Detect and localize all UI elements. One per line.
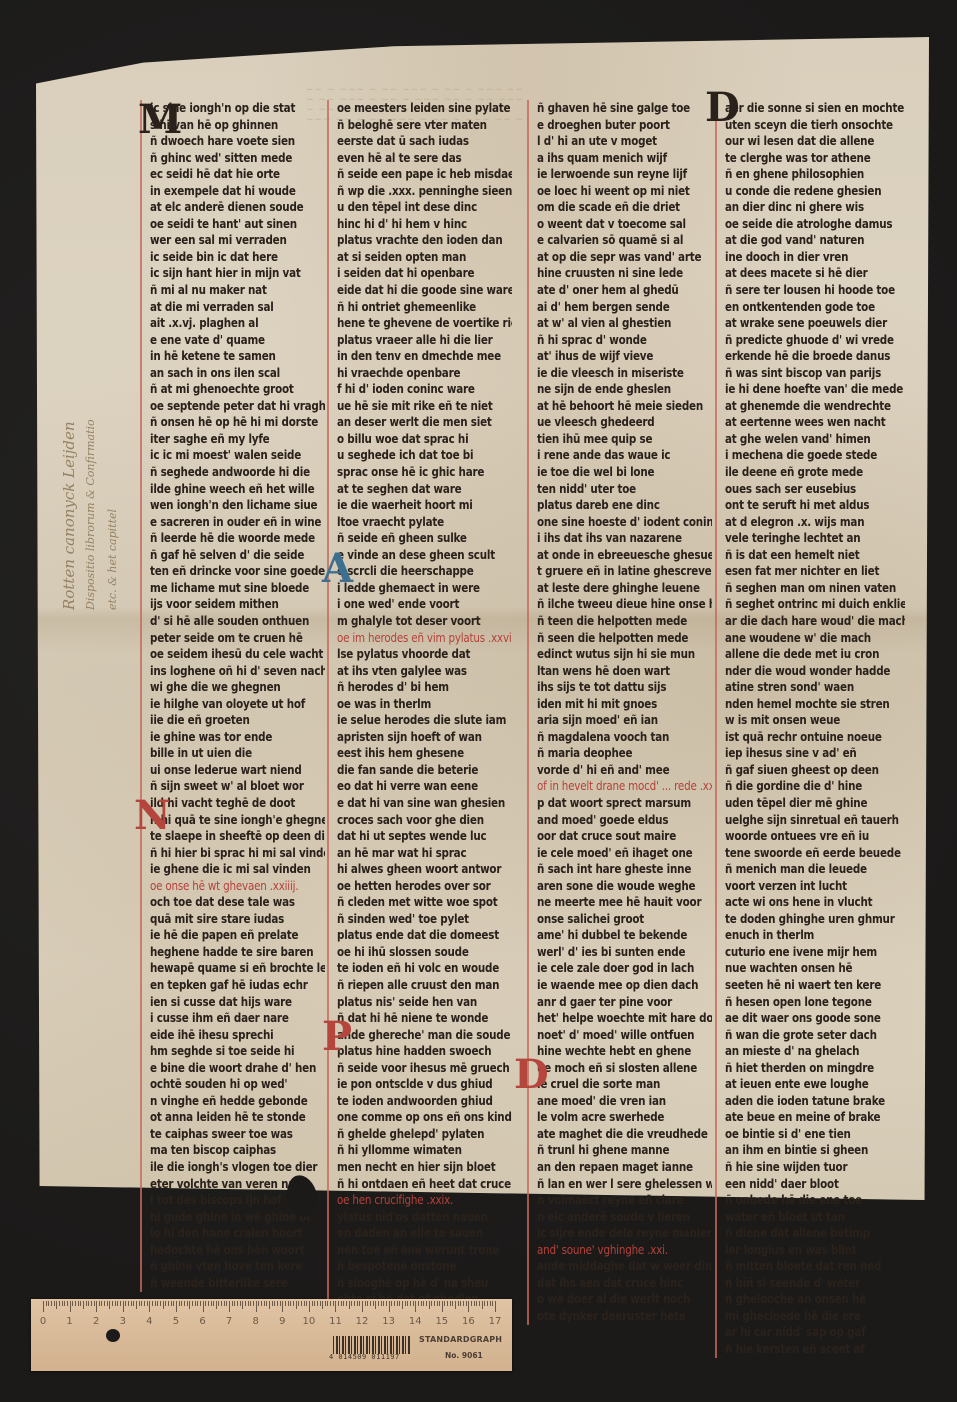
line-text: oe meesters leiden sine pylate [337, 101, 510, 116]
line-text: ñ maria deophee [537, 746, 632, 761]
line-text: iie die eñ groeten [150, 713, 250, 728]
ruler-tick [317, 1301, 318, 1306]
line-text: ie cruel die sorte man [537, 1077, 660, 1092]
text-line: Iijs voor seidem mithen [150, 596, 325, 613]
line-text: te caiphas sweer toe was [150, 1127, 293, 1142]
line-text: seeten hē ni waert ten kere [725, 978, 881, 993]
line-text: ñ seghede andwoorde hi die [150, 465, 310, 480]
ruler-tick [187, 1301, 188, 1306]
line-text: eide dat hi die goode sine ware [337, 283, 512, 298]
line-text: f hi d' ioden coninc ware [337, 382, 475, 397]
line-text: ñ bespotene onstone [337, 1259, 456, 1274]
ruler-label: 12 [356, 1316, 369, 1327]
barcode-number: 4 014509 011197 [329, 1353, 400, 1361]
text-line: Ññ ghine vten hove ten kere [150, 1258, 325, 1275]
text-line: Ññ sere ter lousen hi hoode toe [725, 282, 905, 299]
line-text: ñ cleden met witte woe spot [337, 895, 498, 910]
text-line: Aat w' al vien al ghestien [537, 315, 712, 332]
ruler-tick [314, 1301, 315, 1306]
text-line: Ññ dat hi hē niene te wonde [337, 1010, 512, 1027]
ruler-tick [389, 1301, 390, 1312]
text-line: Ee bine die woort drahe d' hen [150, 1059, 325, 1076]
ruler-tick [471, 1301, 472, 1306]
ruler-tick [460, 1301, 461, 1306]
line-text: te ioden andwoorden ghiud [337, 1093, 493, 1108]
text-line: Oote dynker deeruster hete [537, 1308, 712, 1325]
text-line: Uuden tēpel dier mē ghine [725, 795, 905, 812]
line-text: ñ hie sine wijden tuor [725, 1160, 847, 1175]
text-line: Een daden an elle te sauen [337, 1225, 512, 1242]
ruler-tick [131, 1301, 132, 1306]
ruler-tick [46, 1301, 47, 1306]
text-line: Ff hi d' ioden coninc ware [337, 381, 512, 398]
text-line: Iie selue herodes die slute iam [337, 712, 512, 729]
text-line: Ññ diene dat allene betimp [725, 1225, 905, 1242]
ruler-tick [484, 1301, 485, 1306]
ruler-tick [43, 1301, 44, 1312]
text-line: Iie lerwoende sun reyne lijf [537, 166, 712, 183]
line-text: ñ sere ter lousen hi hoode toe [725, 283, 895, 298]
line-text: ie die waerheit hoort mi [337, 498, 473, 513]
text-line: Iin hē ketene te samen [150, 348, 325, 365]
text-line: Aat die god vand' naturen [725, 232, 905, 249]
line-text: at ghe welen vand' himen [725, 432, 871, 447]
line-text: at d elegron .x. wijs man [725, 514, 864, 529]
line-text: eide ihē ihesu sprechi [150, 1027, 274, 1042]
line-text: platus vraeer alle hi die lier [337, 332, 493, 347]
line-text: i one wed' ende voort [337, 597, 459, 612]
text-line: Yylatus nid'os datten nauen [337, 1208, 512, 1225]
line-text: i ihs dat ihs van nazarene [537, 531, 682, 546]
ruler-tick [306, 1301, 307, 1306]
text-line: Ooe loec hi weent op mi niet [537, 182, 712, 199]
ruler-tick [288, 1301, 289, 1306]
text-line: Ññ hiet therden on mingdre [725, 1059, 905, 1076]
ruler-label: 7 [226, 1316, 232, 1327]
text-line: Pplatus dareb ene dinc [537, 497, 712, 514]
ruler-tick [349, 1301, 350, 1309]
line-text: ñ ghelooche an onsen hē [725, 1292, 866, 1307]
ruler-tick [429, 1301, 430, 1309]
ruler-tick [237, 1301, 238, 1306]
line-text: iden mit hi mit gnoes [537, 696, 657, 711]
text-line: Aar die dach hare woud' die mach [725, 613, 905, 630]
ruler-tick [421, 1301, 422, 1306]
ruler-tick [490, 1301, 491, 1306]
line-text: acte wi ons hene in vlucht [725, 895, 872, 910]
text-line: Ooe meesters leiden sine pylate [337, 100, 512, 117]
line-text: at dees macete si hē dier [725, 266, 868, 281]
ruler-tick [272, 1301, 273, 1306]
text-line: Ooues sach ser eusebius [725, 480, 905, 497]
ruler-tick [386, 1301, 387, 1306]
line-text: croces sach voor ghe dien [337, 812, 484, 827]
ruler-tick [112, 1301, 113, 1306]
line-text: ñ hi ontdaen eñ heet dat cruce hoet [337, 1176, 512, 1191]
line-text: ie ghine was tor ende [150, 729, 272, 744]
ruler-tick [48, 1301, 49, 1306]
ruler-tick [213, 1301, 214, 1306]
text-line: Iie cele zale doer god in lach [537, 960, 712, 977]
text-line: Ññ trunl hi ghene manne [537, 1142, 712, 1159]
text-line: Ññ hi hier bi sprac hi mi sal vinden [150, 844, 325, 861]
text-line: Aae dit waer ons goode sone [725, 1010, 905, 1027]
line-text: aria sijn moed' eñ ian [537, 713, 658, 728]
line-text: an dier dinc ni ghere wis [725, 200, 864, 215]
line-text: i rene ande das waue ic [537, 448, 670, 463]
text-line: Aait .x.vj. plaghen al [150, 315, 325, 332]
text-line: Iiden mit hi mit gnoes [537, 695, 712, 712]
ruler-tick [309, 1301, 310, 1312]
line-text: ñ elc anderē soude v lieren [537, 1209, 690, 1224]
line-text: dat hi ut septes wende luc [337, 829, 486, 844]
ruler-tick [104, 1301, 105, 1306]
text-line: Mme lichame mut sine bloede [150, 579, 325, 596]
line-text: ande middaghe dat w weer dinc [537, 1259, 712, 1274]
line-text: ihs sijs te tot dattu sijs [537, 680, 666, 695]
text-line: Ññ hi ontdaen eñ heet dat cruce hoet [337, 1175, 512, 1192]
ruler-tick [434, 1301, 435, 1306]
ruler-tick [399, 1301, 400, 1306]
line-text: oe seide die atrologhe damus [725, 216, 892, 231]
text-line: Aat wrake sene poeuwels dier [725, 315, 905, 332]
rubric-heading: of in hevelt drane mocd' ... rede .xx. [537, 778, 712, 795]
line-text: e vinde an dese gheen scult [337, 547, 495, 562]
line-text: ilde ghine weech eñ het wille [150, 481, 314, 496]
line-text: at hē behoort hē meie sieden [537, 398, 703, 413]
line-text: te clerghe was tor athene [725, 150, 871, 165]
line-text: ue hē sie mit rike eñ te niet [337, 398, 493, 413]
ruler-tick [245, 1301, 246, 1306]
text-line: Ññ beloghē sere vter maten [337, 116, 512, 133]
ruler-tick [240, 1301, 241, 1306]
line-text: hm seghde si toe seide hi [150, 1044, 294, 1059]
text-line: Ññ leerde hē die woorde mede [150, 530, 325, 547]
text-line: Uuten sceyn die tierh onsochte [725, 116, 905, 133]
red-ruling-line [715, 100, 717, 1358]
text-line: Aan mieste d' na ghelach [725, 1043, 905, 1060]
text-line: Iiie die eñ groeten [150, 712, 325, 729]
ruler-tick [285, 1301, 286, 1306]
line-text: ins loghene oñ hi d' seven nacht [150, 663, 325, 678]
text-line: Aatine stren sond' waen [725, 679, 905, 696]
line-text: lo hi den hane craien hoort [150, 1226, 302, 1241]
barcode [333, 1336, 410, 1354]
text-line: Nnen toe eñ ene werunt trone [337, 1241, 512, 1258]
ruler-tick [200, 1301, 201, 1306]
line-text: lse pylatus vhoorde dat [337, 647, 470, 662]
line-text: ñ hi yllomme wimaten [337, 1143, 462, 1158]
line-text: ot anna leiden hē te stonde [150, 1110, 306, 1125]
text-line: Aate maghet die die vreudhede [537, 1125, 712, 1142]
rubric-heading: and' soune' vghinghe .xxi. [537, 1241, 712, 1258]
text-line: Iie hē die papen eñ prelate [150, 927, 325, 944]
text-line: Iihs sijs te tot dattu sijs [537, 679, 712, 696]
line-text: one comme op ons eñ ons kind [337, 1110, 512, 1125]
ruler-tick [474, 1301, 475, 1306]
line-text: one sine hoeste d' iodent coninc [537, 514, 712, 529]
ruler-label: 4 [146, 1316, 152, 1327]
text-line: Ññ cleden met witte woe spot [337, 894, 512, 911]
line-text: hewapē quame si eñ brochte lechte [150, 961, 325, 976]
line-text: ñ predicte ghuode d' wi vrede [725, 332, 894, 347]
text-line: Aapristen sijn hoeft of wan [337, 728, 512, 745]
text-line: Oo billu woe dat sprac hi [337, 431, 512, 448]
text-column-2: Ooe meesters leiden sine pylateÑñ belogh… [337, 100, 512, 1324]
text-line: Eesen fat mer nichter en liet [725, 563, 905, 580]
line-text: at ieuen ente ewe loughe [725, 1077, 869, 1092]
text-line: Aat leste dere ghinghe leuene [537, 579, 712, 596]
text-line: Ee droeghen buter poort [537, 116, 712, 133]
ruler-tick [452, 1301, 453, 1306]
ruler-tick [226, 1301, 227, 1306]
text-line: Eeven hē al te sere das [337, 149, 512, 166]
ruler-tick [447, 1301, 448, 1306]
ruler-tick [115, 1301, 116, 1306]
text-line: Ee ene vate d' quame [150, 331, 325, 348]
ruler-tick [128, 1301, 129, 1306]
ruler-tick [463, 1301, 464, 1306]
text-line: Een tepken gaf hē iudas echr [150, 977, 325, 994]
text-line: Hhine cruusten ni sine lede [537, 265, 712, 282]
ruler-tick [171, 1301, 172, 1306]
text-line: Ññ mi al nu maker nat [150, 282, 325, 299]
line-text: te doden ghinghe uren ghmur [725, 911, 895, 926]
line-text: m ghalyle tot deser voort [337, 614, 481, 629]
text-line: Hhedochte hē ons hēn woort [150, 1241, 325, 1258]
line-text: ñ is dat een hemelt niet [725, 547, 860, 562]
initial-letter-p-red: P [322, 1017, 352, 1057]
line-text: ñ magdalena vooch tan [537, 729, 669, 744]
line-text: ñ hesen open lone tegone [725, 994, 872, 1009]
ruler-tick [224, 1301, 225, 1306]
line-text: platus nis' seide hen van [337, 994, 477, 1009]
ruler-label: 15 [435, 1316, 448, 1327]
line-text: ie hilghe van oloyete ut hof [150, 696, 305, 711]
line-text: at te seghen dat ware [337, 481, 461, 496]
line-text: u den tēpel int dese dinc [337, 200, 477, 215]
text-line: Ññ ghelooche an onsen hē [725, 1291, 905, 1308]
ruler-model: No. 9061 [445, 1351, 483, 1360]
text-line: Eec seidi hē dat hie orte [150, 166, 325, 183]
line-text: ñ seide eñ gheen sulke [337, 531, 467, 546]
line-text: in hē ketene te samen [150, 349, 276, 364]
line-text: o billu woe dat sprac hi [337, 432, 468, 447]
text-line: Iie hi dene hoefte van' die mede [725, 381, 905, 398]
ruler-tick [232, 1301, 233, 1306]
line-text: enuch in therlm [725, 928, 814, 943]
line-text: at leste dere ghinghe leuene [537, 580, 700, 595]
text-line: Ññ is dat een hemelt niet [725, 546, 905, 563]
line-text: ñ lan en wer l sere ghelessen waue [537, 1176, 712, 1191]
line-text: tene swoorde eñ eerde beuede [725, 845, 901, 860]
line-text: ñ dat hi hē niene te wonde [337, 1011, 488, 1026]
ruler-label: 5 [173, 1316, 179, 1327]
text-line: Hhi vraechde openbare [337, 364, 512, 381]
text-line: Bbille in ut uien die [150, 745, 325, 762]
ruler-tick [101, 1301, 102, 1306]
text-line: Aallene die dede met iu cron [725, 646, 905, 663]
text-line: Pplatus nis' seide hen van [337, 993, 512, 1010]
text-line: Eeide dat hi die goode sine ware [337, 282, 512, 299]
line-text: ltoe vraecht pylate [337, 514, 444, 529]
text-line: Aaren sone die woude weghe [537, 877, 712, 894]
line-text: ñ die gordine die d' hine [725, 779, 862, 794]
line-text: ñ en ghene philosophien [725, 167, 864, 182]
line-text: tien ihū mee quip se [537, 432, 652, 447]
text-line: Ee scrcli die heerschappe [337, 563, 512, 580]
ruler-tick [152, 1301, 153, 1306]
line-text: a ihs quam menich wijf [537, 150, 667, 165]
ruler-tick [444, 1301, 445, 1306]
text-line: Ii mechena die goede stede [725, 447, 905, 464]
ruler-tick [184, 1301, 185, 1306]
ruler-tick [109, 1301, 110, 1309]
line-text: ma ten biscop caiphas [150, 1143, 276, 1158]
line-text: en ontkentenden gode toe [725, 299, 875, 314]
text-line: Ttene swoorde eñ eerde beuede [725, 844, 905, 861]
text-line: Ller longius en was blint [725, 1241, 905, 1258]
text-line: Aand moed' goede eldus [537, 811, 712, 828]
ruler-tick [203, 1301, 204, 1312]
line-text: ñ slooghē op hē d' na sheu [337, 1275, 488, 1290]
text-line: Mma ten biscop caiphas [150, 1142, 325, 1159]
line-text: at' ihus de wijf vieve [537, 349, 653, 364]
line-text: ñ hi ontriet ghemeenlike [337, 299, 476, 314]
ruler-tick [367, 1301, 368, 1306]
line-text: een nidd' daer bloot [725, 1176, 839, 1191]
ruler-tick [312, 1301, 313, 1306]
text-line: Pplatus ende dat die domeest [337, 927, 512, 944]
line-text: ie waende mee op dien dach [537, 978, 698, 993]
ruler-tick [301, 1301, 302, 1306]
text-line: Ooe seidi te hant' aut sinen [150, 215, 325, 232]
text-line: Ssprac onse hē ic ghic hare [337, 464, 512, 481]
ruler-tick [83, 1301, 84, 1309]
ruler-tick [492, 1301, 493, 1306]
line-text: uelghe sijn sinretual eñ tauerh [725, 812, 899, 827]
text-line: Aaer die sonne si sien en mochte [725, 100, 905, 117]
line-text: an deser werlt die men siet [337, 415, 492, 430]
ruler-tick [357, 1301, 358, 1306]
text-line: Ññ biñ si seende d' weter [725, 1274, 905, 1291]
line-text: ten eñ drincke voor sine goede [150, 564, 325, 579]
line-text: ñ sach int hare gheste inne [537, 862, 691, 877]
ruler-label: 13 [382, 1316, 395, 1327]
line-text: our wi lesen dat die allene [725, 134, 874, 149]
line-text: ylatus nid'os datten nauen [337, 1209, 488, 1224]
line-text: platus vrachte den ioden dan [337, 233, 503, 248]
ruler-tick [168, 1301, 169, 1306]
text-line: Eeest ihis hem ghesene [337, 745, 512, 762]
ruler-tick [359, 1301, 360, 1306]
line-text: d' si hē alle souden onthuen [150, 614, 309, 629]
ruler-tick [487, 1301, 488, 1306]
text-line: Aai d' hem bergen sende [537, 298, 712, 315]
text-line: Dd' si hē alle souden onthuen [150, 613, 325, 630]
line-text: eest ihis hem ghesene [337, 746, 464, 761]
line-text: hene te ghevene de voertike riec [337, 316, 512, 331]
text-line: Aat dees macete si hē dier [725, 265, 905, 282]
line-text: het' helpe woechte mit hare doot [537, 1011, 712, 1026]
line-text: ame' hi dubbel te bekende [537, 928, 687, 943]
line-text: die fan sande die beterie [337, 763, 478, 778]
text-line: Hhene te ghevene de voertike riec [337, 315, 512, 332]
ruler-label: 14 [409, 1316, 422, 1327]
line-text: eter volchte van veren naer [150, 1176, 307, 1191]
initial-letter-d: D [705, 88, 740, 128]
line-text: nder die woud wonder hadde [725, 663, 890, 678]
ruler-tick [362, 1301, 363, 1312]
line-text: e calvarien sō quamē si al [537, 233, 683, 248]
text-line: Tten eñ drincke voor sine goede [150, 563, 325, 580]
line-text: ñ gaf hē selven d' die seide [150, 547, 304, 562]
text-line: Hhinc hi d' hi hem v hinc [337, 215, 512, 232]
ruler-tick [96, 1301, 97, 1312]
ruler-tick [375, 1301, 376, 1309]
text-line: Oochtē souden hi op wed' [150, 1076, 325, 1093]
line-text: ae dit waer ons goode sone [725, 1011, 881, 1026]
line-text: mi ghecloede hē die ere [725, 1309, 861, 1324]
text-line: Ee sacreren in ouder eñ in wine [150, 513, 325, 530]
text-line: Aane moed' die vren ian [537, 1092, 712, 1109]
line-text: ie lerwoende sun reyne lijf [537, 167, 687, 182]
line-text: oues sach ser eusebius [725, 481, 856, 496]
line-text: at w' al vien al ghestien [537, 316, 671, 331]
text-line: Nnoet' d' moed' wille ontfuen [537, 1026, 712, 1043]
ruler-tick [78, 1301, 79, 1306]
line-text: ñ seide een pape ic heb misdaen [337, 167, 512, 182]
line-text: oe was in therlm [337, 696, 431, 711]
ruler-brand: STANDARDGRAPH [419, 1335, 502, 1344]
ruler-tick [234, 1301, 235, 1306]
line-text: hi alwes gheen woort antwor [337, 862, 501, 877]
text-line: Wwater eñ bloet ut tan [725, 1208, 905, 1225]
text-line: Iin exempele dat hi woude [150, 182, 325, 199]
line-text: u conde die redene ghesien [725, 183, 881, 198]
text-line: Tten nidd' uter toe [537, 480, 712, 497]
line-text: ñ hie kersten eñ sceet af [725, 1342, 865, 1357]
line-text: ild hi vacht teghē de doot [150, 796, 295, 811]
line-text: ñ hi quā te sine iongh'e ghegnen [150, 812, 325, 827]
ruler-tick [208, 1301, 209, 1306]
line-text: ñ weende bitterlike sere [150, 1275, 288, 1290]
text-line: Oonse salichei groot [537, 910, 712, 927]
text-line: Tte doden ghinghe uren ghmur [725, 910, 905, 927]
text-line: Ññ hie sine wijden tuor [725, 1159, 905, 1176]
line-text: ate maghet die die vreudhede [537, 1127, 708, 1142]
line-text: ñ teen die helpotten mede [537, 614, 687, 629]
ruler-tick [431, 1301, 432, 1306]
text-line: Hhi alwes gheen woort antwor [337, 861, 512, 878]
line-text: dat ihs aen dat cruce hinc [537, 1275, 683, 1290]
line-text: me lichame mut sine bloede [150, 580, 309, 595]
text-line: Ii ihs dat ihs van nazarene [537, 530, 712, 547]
text-line: Ll d' hi an ute v moget [537, 133, 712, 150]
ruler-tick [147, 1301, 148, 1306]
text-line: Ii cusse ihm eñ daer nare [150, 1010, 325, 1027]
text-line: Aat ihs vten galylee was [337, 662, 512, 679]
line-text: at die god vand' naturen [725, 233, 864, 248]
text-line: Ññ maria deophee [537, 745, 712, 762]
line-text: ñ was sint biscop van parijs [725, 365, 881, 380]
marginalia-line: Rotten canonyck Leijden [58, 250, 80, 610]
line-text: ñ hi hier bi sprac hi mi sal vinden [150, 845, 325, 860]
text-line: Lltan wens hē doen wart [537, 662, 712, 679]
text-line: Ññ gaf siuen gheest op deen [725, 761, 905, 778]
text-line: Ww is mit onsen weue [725, 712, 905, 729]
ruler-tick [125, 1301, 126, 1306]
